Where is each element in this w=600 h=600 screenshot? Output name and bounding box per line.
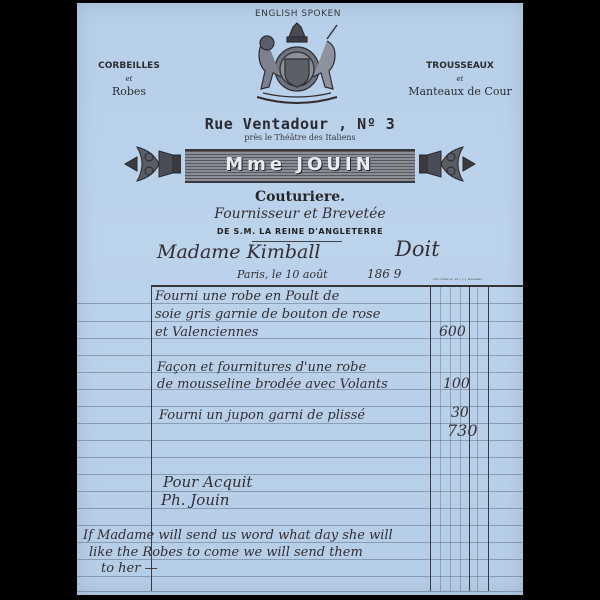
footnote-line-2: like the Robes to come we will send them bbox=[89, 545, 363, 560]
trousseaux-label: TROUSSEAUX bbox=[395, 61, 525, 71]
pour-acquit: Pour Acquit bbox=[163, 473, 252, 491]
year: 186 9 bbox=[367, 267, 401, 281]
line-item-1-text-2: soie gris garnie de bouton de rose bbox=[155, 307, 380, 322]
left-motto: CORBEILLES et Robes bbox=[79, 61, 179, 98]
line-item-3-amount: 30 bbox=[451, 405, 469, 421]
invoice-total: 730 bbox=[447, 421, 478, 440]
corbeilles-label: CORBEILLES bbox=[79, 61, 179, 71]
ruled-line bbox=[77, 457, 523, 458]
name-band: Mme JOUIN bbox=[185, 149, 415, 183]
right-column-line bbox=[488, 286, 489, 591]
name-banner: Mme JOUIN bbox=[115, 143, 485, 185]
printer-mark: Lith. Delarue, 10 r. J.-J. Rousseau bbox=[433, 277, 482, 281]
ruled-line bbox=[77, 591, 523, 592]
signature: Ph. Jouin bbox=[161, 491, 229, 509]
ruled-line bbox=[77, 440, 523, 441]
ornament-scroll-icon bbox=[123, 143, 181, 185]
supplier-line: Fournisseur et Brevetée bbox=[77, 206, 523, 222]
line-item-1-text-1: Fourni une robe en Poult de bbox=[155, 289, 339, 304]
ruled-line bbox=[77, 491, 523, 492]
robes-label: Robes bbox=[79, 85, 179, 98]
place-date: Paris, le 10 août bbox=[237, 268, 328, 281]
addressee: Madame Kimball bbox=[157, 241, 321, 263]
royal-coat-of-arms-icon bbox=[245, 19, 349, 107]
ruled-line bbox=[77, 474, 523, 475]
footnote-line-1: If Madame will send us word what day she… bbox=[83, 528, 393, 543]
line-item-1-amount: 600 bbox=[439, 324, 466, 340]
street-address: Rue Ventadour , Nº 3 bbox=[77, 115, 523, 133]
doit-label: Doit bbox=[395, 237, 440, 261]
footnote-line-3: to her — bbox=[101, 561, 158, 576]
profession-title: Couturiere. bbox=[77, 189, 523, 205]
ornament-scroll-icon bbox=[419, 143, 477, 185]
business-name: Mme JOUIN bbox=[185, 154, 415, 175]
line-item-2-text-1: Façon et fournitures d'une robe bbox=[157, 360, 366, 375]
line-item-2-text-2: de mousseline brodée avec Volants bbox=[157, 377, 388, 392]
line-item-1-text-3: et Valenciennes bbox=[155, 325, 258, 340]
invoice-paper: ENGLISH SPOKEN CORBEILLES et Robes TROUS… bbox=[77, 3, 523, 595]
royal-warrant: DE S.M. LA REINE D'ANGLETERRE bbox=[77, 227, 523, 236]
et-connector: et bbox=[395, 75, 525, 83]
header-rule bbox=[151, 285, 523, 287]
manteaux-label: Manteaux de Cour bbox=[395, 85, 525, 98]
amount-column-line bbox=[430, 286, 431, 591]
et-connector: et bbox=[79, 75, 179, 83]
right-motto: TROUSSEAUX et Manteaux de Cour bbox=[395, 61, 525, 98]
address-subline: près le Théâtre des Italiens bbox=[77, 133, 523, 142]
english-spoken-label: ENGLISH SPOKEN bbox=[255, 9, 341, 19]
ruled-line bbox=[77, 525, 523, 526]
line-item-2-amount: 100 bbox=[443, 376, 470, 392]
ruled-line bbox=[77, 355, 523, 356]
ruled-line bbox=[77, 576, 523, 577]
ruled-line bbox=[77, 508, 523, 509]
line-item-3-text: Fourni un jupon garni de plissé bbox=[159, 408, 365, 423]
